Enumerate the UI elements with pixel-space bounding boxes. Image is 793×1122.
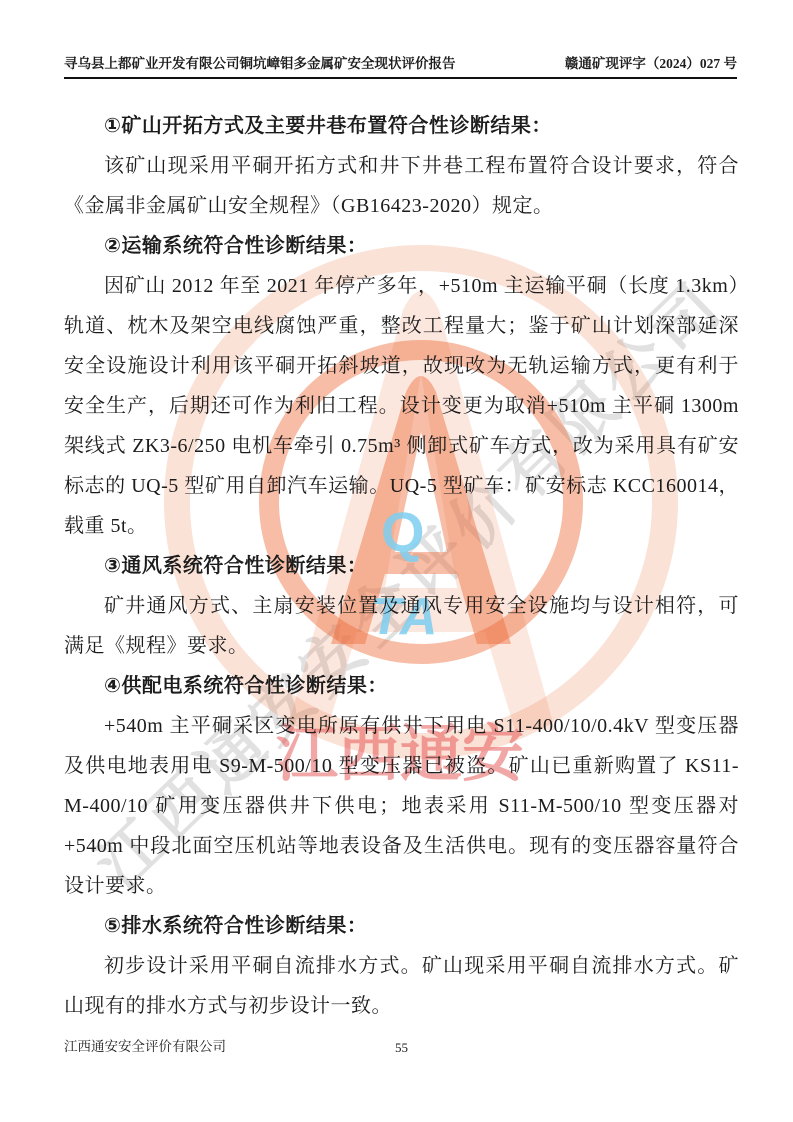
- report-body: ①矿山开拓方式及主要井巷布置符合性诊断结果： 该矿山现采用平硐开拓方式和井下井巷…: [64, 106, 739, 1026]
- header-doc-number: 赣通矿现评字（2024）027 号: [565, 54, 737, 74]
- header-report-title: 寻乌县上都矿业开发有限公司铜坑嶂钼多金属矿安全现状评价报告: [64, 54, 456, 74]
- section-paragraph-1: 该矿山现采用平硐开拓方式和井下井巷工程布置符合设计要求，符合《金属非金属矿山安全…: [64, 146, 739, 226]
- page-number: 55: [64, 1038, 739, 1058]
- document-page: 江西通安安全评价有限公司 Q TA 江西通安 寻乌县上都矿业开发有限公司铜坑嶂钼…: [0, 0, 793, 1122]
- page-header: 寻乌县上都矿业开发有限公司铜坑嶂钼多金属矿安全现状评价报告 赣通矿现评字（202…: [64, 54, 737, 79]
- section-heading-2: ②运输系统符合性诊断结果：: [64, 226, 739, 266]
- section-paragraph-2: 因矿山 2012 年至 2021 年停产多年，+510m 主运输平硐（长度 1.…: [64, 266, 739, 546]
- section-paragraph-4: +540m 主平硐采区变电所原有供井下用电 S11-400/10/0.4kV 型…: [64, 706, 739, 906]
- section-heading-1: ①矿山开拓方式及主要井巷布置符合性诊断结果：: [64, 106, 739, 146]
- content-layer: 寻乌县上都矿业开发有限公司铜坑嶂钼多金属矿安全现状评价报告 赣通矿现评字（202…: [0, 0, 793, 1122]
- section-heading-4: ④供配电系统符合性诊断结果：: [64, 666, 739, 706]
- section-heading-3: ③通风系统符合性诊断结果：: [64, 546, 739, 586]
- section-paragraph-3: 矿井通风方式、主扇安装位置及通风专用安全设施均与设计相符，可满足《规程》要求。: [64, 586, 739, 666]
- section-paragraph-5: 初步设计采用平硐自流排水方式。矿山现采用平硐自流排水方式。矿山现有的排水方式与初…: [64, 946, 739, 1026]
- section-heading-5: ⑤排水系统符合性诊断结果：: [64, 906, 739, 946]
- page-footer: 江西通安安全评价有限公司 55: [64, 1037, 739, 1061]
